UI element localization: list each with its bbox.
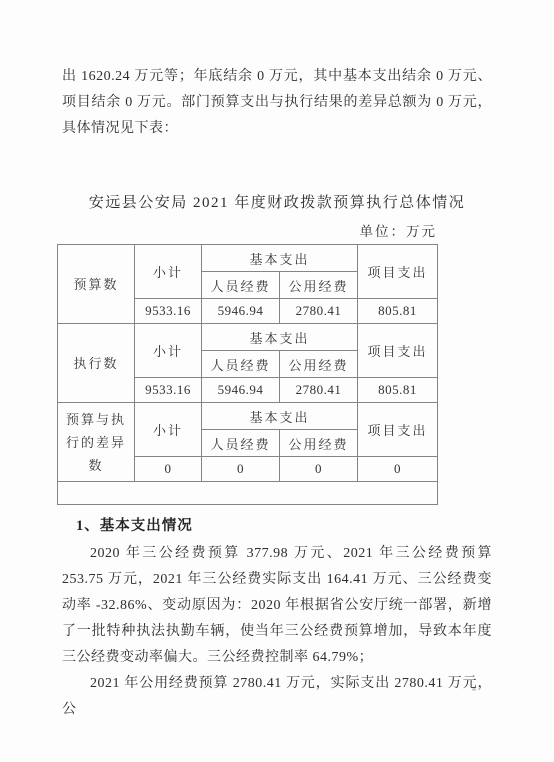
header-subtotal: 小计: [135, 403, 202, 457]
row-label-budget: 预算数: [58, 245, 135, 324]
header-public-funds: 公用经费: [280, 351, 358, 378]
value-budget-project: 805.81: [358, 299, 438, 324]
header-project-expenditure: 项目支出: [358, 324, 438, 378]
header-personnel-funds: 人员经费: [202, 430, 280, 457]
scan-speck: [472, 688, 476, 691]
row-label-execution: 执行数: [58, 324, 135, 403]
value-execution-project: 805.81: [358, 378, 438, 403]
value-execution-personnel: 5946.94: [202, 378, 280, 403]
header-basic-expenditure: 基本支出: [202, 245, 358, 272]
value-difference-personnel: 0: [202, 457, 280, 482]
paragraph-sanfei-expenses: 2020 年三公经费预算 377.98 万元、2021 年三公经费预算 253.…: [62, 541, 492, 671]
value-difference-subtotal: 0: [135, 457, 202, 482]
row-label-difference: 预算与执行的差异数: [58, 403, 135, 482]
value-execution-subtotal: 9533.16: [135, 378, 202, 403]
value-budget-personnel: 5946.94: [202, 299, 280, 324]
paragraph-public-funds: 2021 年公用经费预算 2780.41 万元，实际支出 2780.41 万元，…: [62, 671, 492, 723]
section-heading: 1、基本支出情况: [62, 515, 492, 537]
empty-cell: [58, 482, 438, 505]
value-budget-public: 2780.41: [280, 299, 358, 324]
intro-paragraph: 出 1620.24 万元等；年底结余 0 万元，其中基本支出结余 0 万元、项目…: [62, 64, 492, 142]
header-public-funds: 公用经费: [280, 272, 358, 299]
table-title: 安远县公安局 2021 年度财政拨款预算执行总体情况: [62, 192, 492, 214]
header-project-expenditure: 项目支出: [358, 245, 438, 299]
document-page: 出 1620.24 万元等；年底结余 0 万元，其中基本支出结余 0 万元、项目…: [0, 0, 554, 762]
header-subtotal: 小计: [135, 324, 202, 378]
header-basic-expenditure: 基本支出: [202, 324, 358, 351]
table-row: 执行数 小计 基本支出 项目支出: [58, 324, 438, 351]
header-public-funds: 公用经费: [280, 430, 358, 457]
header-basic-expenditure: 基本支出: [202, 403, 358, 430]
unit-label: 单位：万元: [62, 222, 492, 242]
header-project-expenditure: 项目支出: [358, 403, 438, 457]
budget-execution-table: 预算数 小计 基本支出 项目支出 人员经费 公用经费 9533.16 5946.…: [57, 244, 438, 505]
value-difference-project: 0: [358, 457, 438, 482]
table-empty-row: [58, 482, 438, 505]
header-personnel-funds: 人员经费: [202, 272, 280, 299]
table-row: 预算数 小计 基本支出 项目支出: [58, 245, 438, 272]
header-personnel-funds: 人员经费: [202, 351, 280, 378]
header-subtotal: 小计: [135, 245, 202, 299]
value-difference-public: 0: [280, 457, 358, 482]
table-row: 预算与执行的差异数 小计 基本支出 项目支出: [58, 403, 438, 430]
value-budget-subtotal: 9533.16: [135, 299, 202, 324]
value-execution-public: 2780.41: [280, 378, 358, 403]
